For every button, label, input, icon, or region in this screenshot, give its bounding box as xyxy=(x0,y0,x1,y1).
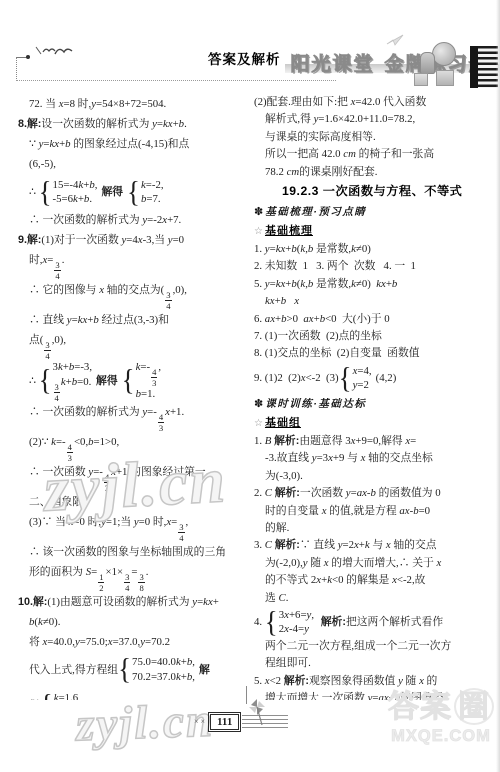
math-variable: y xyxy=(312,452,317,464)
text-line: 8. (1)交点的坐标 (2)自变量 函数值 xyxy=(254,345,484,362)
system-row: -5=6k+b. xyxy=(53,192,98,207)
math-variable: y xyxy=(307,609,312,621)
fraction-denominator: 3 xyxy=(152,378,156,387)
math-variable: kx xyxy=(276,243,286,255)
math-variable: x xyxy=(351,96,356,108)
watermark-answer-chars: 答案 xyxy=(388,689,452,724)
bold-text: 解析: xyxy=(275,487,300,499)
fraction-denominator: 3 xyxy=(105,483,109,492)
math-variable: y xyxy=(134,516,139,528)
brace-group: {x=4,y=2 xyxy=(339,364,372,393)
text-line: -3.故直线 y=3x+9 与 x 轴的交点坐标 xyxy=(254,450,484,467)
text-line: b(k≠0). xyxy=(18,612,246,632)
text-line: ∴ 它的图像与 x 轴的交点为(34,0), xyxy=(18,280,246,310)
fraction-numerator: 3 xyxy=(138,573,144,583)
math-variable: y xyxy=(75,636,80,648)
text-line: 8.解:设一次函数的解析式为 y=kx+b. xyxy=(18,114,246,134)
math-variable: y xyxy=(265,278,270,290)
equation-system: 4. {3x+6=y,2x-4=y 解析:把这两个解析式看作 xyxy=(254,607,484,638)
text-line: 的解. xyxy=(254,520,484,537)
system-rows: x=4,y=2 xyxy=(353,364,372,393)
math-variable: k xyxy=(176,671,181,683)
math-variable: x xyxy=(405,435,410,447)
math-variable: b xyxy=(89,179,94,191)
math-variable: x xyxy=(353,365,358,377)
math-variable: x xyxy=(322,505,327,517)
module-banner: ✽课时训练·基础达标 xyxy=(254,395,484,413)
watermark-answer-circle: 答案圈 MXQE.COM xyxy=(388,688,494,745)
math-variable: x xyxy=(437,557,442,569)
math-variable: x xyxy=(351,435,356,447)
math-variable: cm xyxy=(287,166,300,178)
equation-system: 代入上式,得方程组{75.0=40.0k+b,70.2=37.0k+b,解 xyxy=(18,652,246,688)
system-row: b=1. xyxy=(136,387,161,402)
math-variable: kx xyxy=(276,278,286,290)
text-line: 点(34,0), xyxy=(18,330,246,360)
text-line: 将 x=40.0,y=75.0;x=37.0,y=70.2 xyxy=(18,632,246,652)
brace-group: {k=-43,b=1. xyxy=(122,360,161,402)
math-variable: y xyxy=(67,314,72,326)
math-variable: y xyxy=(353,379,358,391)
fraction: 34 xyxy=(124,573,130,592)
system-connector: 解得 xyxy=(96,371,118,391)
header-dotted-rule xyxy=(16,80,336,81)
fraction-numerator: 3 xyxy=(54,383,60,393)
math-variable: b xyxy=(371,487,376,499)
math-variable: b xyxy=(88,436,93,448)
math-variable: k xyxy=(300,278,305,290)
bold-text: 得 xyxy=(29,700,40,701)
text-line: 程组即可. xyxy=(254,655,484,672)
fraction-numerator: 4 xyxy=(151,368,157,378)
math-variable: cm xyxy=(343,148,356,160)
text-line: 时的自变量 x 的值,就是方程 ax-b=0 xyxy=(254,503,484,520)
text-line: 3. C 解析:∵ 直线 y=2x+k 与 x 轴的交点 xyxy=(254,537,484,554)
math-variable: b xyxy=(65,138,70,150)
math-variable: y xyxy=(121,234,126,246)
system-row: 2x-4=y xyxy=(279,622,314,637)
math-variable: y xyxy=(304,623,309,635)
text-line: 为(-3,0). xyxy=(254,468,484,485)
math-variable: y xyxy=(101,516,106,528)
math-variable: k xyxy=(365,539,370,551)
math-variable: kx xyxy=(78,314,88,326)
math-variable: x xyxy=(138,234,143,246)
text-line: ∴ 一次函数 y=-43x+1 的图象经过第一、 xyxy=(18,462,246,492)
text-line: 解析式,得 y=1.6×42.0+11.0=78.2, xyxy=(254,111,484,128)
math-variable: x xyxy=(392,574,397,586)
globe-icon xyxy=(432,42,456,66)
math-variable: x xyxy=(69,516,74,528)
math-variable: ax xyxy=(399,505,409,517)
bold-text: 解 xyxy=(199,664,210,676)
math-variable: x xyxy=(162,214,167,226)
bold-text: 解析: xyxy=(284,675,309,687)
equation-system: ∴ {15=-4k+b,-5=6k+b.解得{k=-2,b=7. xyxy=(18,174,246,210)
text-line: 选 C. xyxy=(254,590,484,607)
math-variable: b xyxy=(69,361,74,373)
system-row: k=-43, xyxy=(136,360,161,387)
math-variable: b xyxy=(392,278,397,290)
math-variable: ax xyxy=(357,487,367,499)
system-connector: 解 xyxy=(199,660,210,680)
fraction: 43 xyxy=(158,413,164,432)
math-variable: b xyxy=(72,376,77,388)
text-line: 78.2 cm的课桌刚好配套. xyxy=(254,164,484,181)
fraction: 38 xyxy=(138,573,144,592)
math-variable: C xyxy=(265,487,272,499)
system-rows: 15=-4k+b,-5=6k+b. xyxy=(53,178,98,207)
page-header: 答案及解析 阳光课堂 金牌练习册 xyxy=(0,0,500,94)
math-variable: y xyxy=(303,557,308,569)
system-row: k=-2, xyxy=(141,178,164,193)
math-variable: k xyxy=(58,361,63,373)
math-variable: y xyxy=(142,214,147,226)
math-variable: b xyxy=(179,118,184,130)
system-rows: 3x+6=y,2x-4=y xyxy=(279,608,314,637)
math-variable: x xyxy=(43,636,48,648)
math-variable: b xyxy=(281,295,286,307)
text-line: 6. ax+b>0 ax+b<0 大(小)于 0 xyxy=(254,311,484,328)
flower-icon: ✽ xyxy=(254,203,263,221)
brace-group: {3x+6=y,2x-4=y xyxy=(265,608,314,637)
subsection-header: ☆基础梳理 xyxy=(254,222,484,241)
system-row: x=4, xyxy=(353,364,372,379)
math-variable: k xyxy=(51,436,56,448)
math-variable: b xyxy=(308,243,313,255)
system-prefix: ∴ xyxy=(29,371,39,391)
math-variable: y xyxy=(142,406,147,418)
corner-dotted-line xyxy=(16,57,29,81)
mascot-illustration xyxy=(412,42,458,88)
fraction-numerator: 3 xyxy=(165,291,171,301)
banner-label: 课时训练·基础达标 xyxy=(265,395,366,413)
fraction-denominator: 4 xyxy=(55,393,59,402)
math-variable: x xyxy=(111,466,116,478)
text-line: 5. y=kx+b(k,b 是常数,k≠0) kx+b xyxy=(254,276,484,293)
fraction-denominator: 3 xyxy=(159,423,163,432)
brace-icon: { xyxy=(39,366,52,395)
math-variable: k xyxy=(73,193,78,205)
math-variable: x xyxy=(354,539,359,551)
fraction-numerator: 3 xyxy=(178,523,184,533)
bold-text: 解得 xyxy=(96,375,118,387)
math-variable: x xyxy=(328,452,333,464)
math-variable: y xyxy=(39,138,44,150)
math-variable: k xyxy=(141,179,146,191)
equation-system: 得{k=1.6,b=11.0. xyxy=(18,688,246,701)
fraction-numerator: 4 xyxy=(104,473,110,483)
math-variable: b xyxy=(413,505,418,517)
text-line: ∴ 直线 y=kx+b 经过点(3,-3)和 xyxy=(18,310,246,330)
fraction-denominator: 4 xyxy=(45,351,49,360)
figure-icon xyxy=(420,52,435,74)
math-variable: y xyxy=(168,234,173,246)
page-number-block: ×× 111 xyxy=(194,712,268,731)
fraction: 34 xyxy=(54,261,60,280)
fraction: 12 xyxy=(98,573,104,592)
brace-icon: { xyxy=(339,364,352,393)
system-rows: k=1.6,b=11.0. xyxy=(54,691,87,700)
system-prefix: 得 xyxy=(29,696,40,701)
fraction: 34 xyxy=(44,341,50,360)
text-line: 2. C 解析:一次函数 y=ax-b 的函数值为 0 xyxy=(254,485,484,502)
module-banner: ✽基础梳理·预习点睛 xyxy=(254,203,484,221)
fraction: 43 xyxy=(67,443,73,462)
fraction-numerator: 3 xyxy=(44,341,50,351)
text-line: 时,x=34. xyxy=(18,250,246,280)
fraction-numerator: 3 xyxy=(54,261,60,271)
text-line: 7. (1)一次函数 (2)点的坐标 xyxy=(254,328,484,345)
system-prefix: 4. xyxy=(254,614,265,631)
fraction-denominator: 4 xyxy=(179,533,183,542)
page-number: 111 xyxy=(210,714,239,730)
star-icon: ☆ xyxy=(254,223,263,241)
system-rows: k=-2,b=7. xyxy=(141,178,164,207)
math-variable: kx xyxy=(49,138,59,150)
math-variable: x xyxy=(324,557,329,569)
fraction-denominator: 4 xyxy=(166,301,170,310)
fraction: 43 xyxy=(151,368,157,387)
math-variable: k xyxy=(351,278,356,290)
fraction-denominator: 4 xyxy=(55,271,59,280)
math-variable: x xyxy=(166,516,171,528)
book-spine-icon xyxy=(470,46,498,88)
system-connector: 解得 xyxy=(101,182,123,202)
math-variable: y xyxy=(314,113,319,125)
math-variable: y xyxy=(91,98,96,110)
math-variable: k xyxy=(136,361,141,373)
math-variable: b xyxy=(136,388,141,400)
bold-text: 9.解: xyxy=(18,234,41,246)
math-variable: kx xyxy=(376,278,386,290)
math-variable: y xyxy=(88,466,93,478)
math-variable: k xyxy=(54,692,59,700)
bold-text: 8.解: xyxy=(18,118,41,130)
system-connector: (4,2) xyxy=(376,370,397,387)
system-row: 3x+6=y, xyxy=(279,608,314,623)
brace-group: {k=-2,b=7. xyxy=(127,178,164,207)
left-column: 72. 当 x=8 时,y=54×8+72=504.8.解:设一次函数的解析式为… xyxy=(18,94,246,700)
math-variable: k xyxy=(78,179,83,191)
math-variable: b xyxy=(187,671,192,683)
math-variable: b xyxy=(141,193,146,205)
math-variable: k xyxy=(38,616,43,628)
system-prefix: 代入上式,得方程组 xyxy=(29,660,118,680)
bold-text: 解析: xyxy=(275,539,300,551)
text-line: 两个二元一次方程,组成一个二元一次方 xyxy=(254,638,484,655)
math-variable: x xyxy=(386,539,391,551)
brace-group: {3k+b=-3,34k+b=0. xyxy=(39,360,92,402)
star-icon: ☆ xyxy=(254,415,263,433)
math-variable: C xyxy=(279,592,286,604)
pinwheel-icon xyxy=(246,698,268,731)
brace-group: {15=-4k+b,-5=6k+b. xyxy=(39,178,98,207)
text-line: 2. 未知数 1 3. 两个 次数 4. 一 1 xyxy=(254,258,484,275)
math-variable: y xyxy=(192,596,197,608)
math-variable: x xyxy=(419,675,424,687)
text-line: (2)∵ k=-43<0,b=1>0, xyxy=(18,432,246,462)
book-page: 答案及解析 阳光课堂 金牌练习册 72. 当 x=8 时,y=54×8+72=5… xyxy=(0,0,500,772)
system-rows: k=-43,b=1. xyxy=(136,360,161,402)
text-line: 所以一把高 42.0 cm 的椅子和一张高 xyxy=(254,146,484,163)
flower-icon: ✽ xyxy=(254,395,263,413)
fraction-numerator: 1 xyxy=(98,573,104,583)
fraction: 43 xyxy=(104,473,110,492)
fraction-denominator: 3 xyxy=(68,453,72,462)
brace-icon: { xyxy=(118,655,131,684)
watermark-answer-text: 答案圈 xyxy=(388,688,494,725)
fraction: 34 xyxy=(165,291,171,310)
bold-text: 10.解: xyxy=(18,596,47,608)
brand-primary: 阳光课堂 xyxy=(291,49,375,76)
text-line: 72. 当 x=8 时,y=54×8+72=504. xyxy=(18,94,246,114)
block-icon xyxy=(436,70,454,86)
bold-text: 解析: xyxy=(274,435,299,447)
math-variable: x xyxy=(165,406,170,418)
text-line: (6,-5), xyxy=(18,154,246,174)
fraction-denominator: 2 xyxy=(99,583,103,592)
math-variable: x xyxy=(99,284,104,296)
system-rows: 3k+b=-3,34k+b=0. xyxy=(53,360,93,402)
math-variable: x xyxy=(316,574,321,586)
math-variable: B xyxy=(265,435,272,447)
subsection-label: 基础组 xyxy=(265,414,301,432)
math-variable: k xyxy=(176,656,181,668)
math-variable: x xyxy=(284,623,289,635)
text-line: 二、四象限. xyxy=(18,492,246,512)
system-prefix: 9. (1)2 (2)x<-2 (3) xyxy=(254,370,339,387)
math-variable: k xyxy=(351,243,356,255)
watermark-circled-char: 圈 xyxy=(454,688,494,725)
text-line: ∴ 该一次函数的图象与坐标轴围成的三角 xyxy=(18,542,246,562)
math-variable: y xyxy=(338,539,343,551)
fraction-numerator: 4 xyxy=(158,413,164,423)
system-row: 3k+b=-3, xyxy=(53,360,93,375)
text-line: ∵ y=kx+b 的图象经过点(-4,15)和点 xyxy=(18,134,246,154)
equation-system: 9. (1)2 (2)x<-2 (3){x=4,y=2(4,2) xyxy=(254,363,484,394)
text-line: 9.解:(1)对于一次函数 y=4x-3,当 y=0 xyxy=(18,230,246,250)
decor-x-marks: ×× xyxy=(194,717,207,726)
system-connector: 解析:把这两个解析式看作 xyxy=(318,614,443,631)
brace-group: {75.0=40.0k+b,70.2=37.0k+b, xyxy=(118,655,195,684)
math-variable: kx xyxy=(203,596,213,608)
system-row: 75.0=40.0k+b, xyxy=(132,655,195,670)
fraction: 34 xyxy=(178,523,184,542)
answers-label: 答案及解析 xyxy=(208,48,281,68)
text-line: 1. y=kx+b(k,b 是常数,k≠0) xyxy=(254,241,484,258)
math-variable: b xyxy=(93,314,98,326)
math-variable: ax xyxy=(265,313,275,325)
subsection-header: ☆基础组 xyxy=(254,414,484,433)
math-variable: b xyxy=(308,278,313,290)
math-variable: C xyxy=(265,539,272,551)
system-row: y=2 xyxy=(353,378,372,393)
text-line: 形的面积为 S=12×1×34=38. xyxy=(18,562,246,592)
math-variable: x xyxy=(301,372,306,384)
math-variable: y xyxy=(398,675,403,687)
system-row: b=7. xyxy=(141,192,164,207)
brand-wrap: 阳光课堂 金牌练习册 xyxy=(287,49,500,76)
subsection-label: 基础梳理 xyxy=(265,222,313,240)
system-row: k=1.6, xyxy=(54,691,87,700)
system-rows: 75.0=40.0k+b,70.2=37.0k+b, xyxy=(132,655,195,684)
math-variable: x xyxy=(108,636,113,648)
equation-system: ∴ {3k+b=-3,34k+b=0.解得{k=-43,b=1. xyxy=(18,360,246,402)
fraction-denominator: 8 xyxy=(139,583,143,592)
brace-icon: { xyxy=(39,177,52,206)
math-variable: b xyxy=(29,616,34,628)
math-variable: kx xyxy=(163,118,173,130)
math-variable: b xyxy=(84,193,89,205)
block-icon xyxy=(414,73,428,86)
text-line: (2)配套.理由如下:把 x=42.0 代入函数 xyxy=(254,94,484,111)
brace-icon: { xyxy=(122,366,135,395)
math-variable: x xyxy=(294,295,299,307)
brace-icon: { xyxy=(40,691,53,700)
brace-icon: { xyxy=(127,177,140,206)
birds-icon xyxy=(30,42,74,65)
content-area: 72. 当 x=8 时,y=54×8+72=504.8.解:设一次函数的解析式为… xyxy=(18,94,484,700)
math-variable: k xyxy=(327,574,332,586)
section-heading: 19.2.3 一次函数与方程、不等式 xyxy=(254,181,484,202)
math-variable: x xyxy=(265,675,270,687)
math-variable: S xyxy=(86,566,91,578)
bold-text: 解得 xyxy=(101,186,123,198)
text-line: kx+b x xyxy=(254,293,484,310)
system-row: 34k+b=0. xyxy=(53,375,93,402)
math-variable: k xyxy=(61,376,66,388)
math-variable: y xyxy=(368,692,373,700)
brace-icon: { xyxy=(265,608,278,637)
system-row: 15=-4k+b, xyxy=(53,178,98,193)
system-prefix: ∴ xyxy=(29,182,39,202)
text-line: 与课桌的实际高度相等. xyxy=(254,129,484,146)
math-variable: y xyxy=(152,118,157,130)
right-column: (2)配套.理由如下:把 x=42.0 代入函数解析式,得 y=1.6×42.0… xyxy=(254,94,484,700)
fraction-denominator: 4 xyxy=(125,583,129,592)
math-variable: x xyxy=(361,452,366,464)
fraction-numerator: 3 xyxy=(124,573,130,583)
text-line: 1. B 解析:由题意得 3x+9=0,解得 x= xyxy=(254,433,484,450)
math-variable: ax xyxy=(303,313,313,325)
math-variable: y xyxy=(346,487,351,499)
math-variable: b xyxy=(291,243,296,255)
bold-text: 解析: xyxy=(321,616,346,628)
math-variable: kx xyxy=(265,295,275,307)
math-variable: x xyxy=(59,98,64,110)
brace-group: {k=1.6,b=11.0. xyxy=(40,691,87,700)
text-line: 的不等式 2x+k<0 的解集是 x<-2,故 xyxy=(254,572,484,589)
text-line: 10.解:(1)由题意可设函数的解析式为 y=kx+ xyxy=(18,592,246,612)
math-variable: b xyxy=(320,313,325,325)
math-variable: b xyxy=(291,278,296,290)
math-variable: x xyxy=(284,609,289,621)
system-row: 70.2=37.0k+b, xyxy=(132,670,195,685)
math-variable: b xyxy=(187,656,192,668)
math-variable: b xyxy=(281,313,286,325)
text-line: 为(-2,0),y 随 x 的增大而增大,∴ 关于 x xyxy=(254,555,484,572)
text-line: ∴ 一次函数的解析式为 y=-2x+7. xyxy=(18,210,246,230)
watermark-site-text: MXQE.COM xyxy=(388,728,494,745)
text-line: (3)∵ 当 x=0 时,y=1;当 y=0 时,x=34, xyxy=(18,512,246,542)
fraction: 34 xyxy=(54,383,60,402)
scan-edge-shadow xyxy=(496,0,500,772)
banner-label: 基础梳理·预习点睛 xyxy=(265,203,366,221)
fraction-numerator: 4 xyxy=(67,443,73,453)
text-line: ∴ 一次函数的解析式为 y=-43x+1. xyxy=(18,402,246,432)
math-variable: y xyxy=(265,243,270,255)
